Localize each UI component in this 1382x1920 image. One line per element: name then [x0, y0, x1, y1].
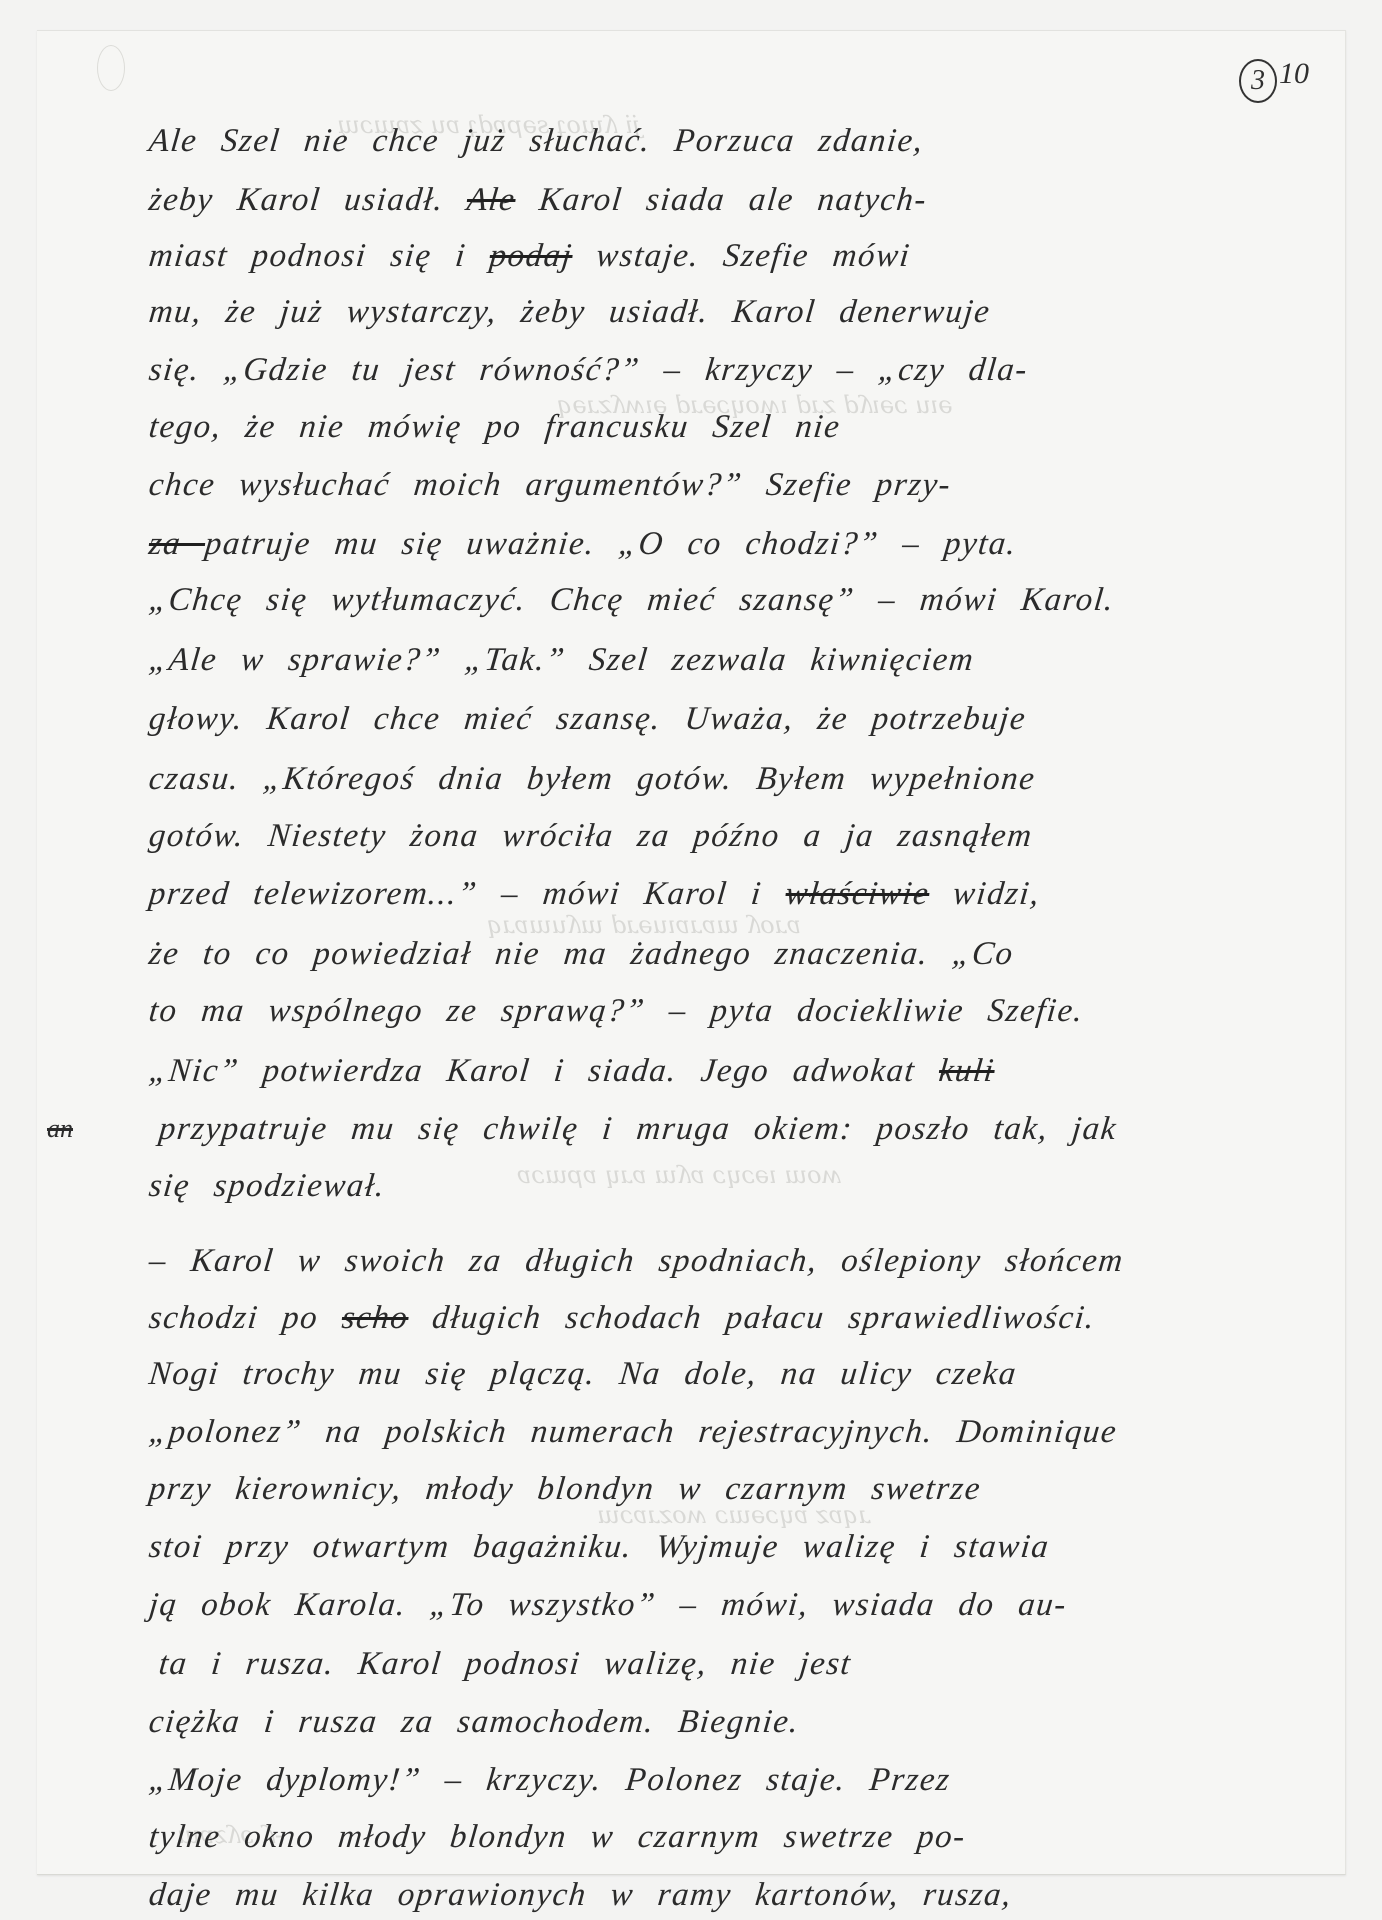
line-text: tylne okno młody blondyn w czarnym swetr…: [147, 1819, 968, 1855]
manuscript-line: „Ale w sprawie?” „Tak.” Szel zezwala kiw…: [147, 642, 1301, 679]
faint-margin-circle: [97, 45, 125, 91]
manuscript-line: stoi przy otwartym bagażniku. Wyjmuje wa…: [147, 1529, 1301, 1566]
line-text: głowy. Karol chce mieć szansę. Uważa, że…: [147, 701, 1028, 737]
line-text: żeby Karol usiadł.: [147, 182, 469, 218]
manuscript-line: żeby Karol usiadł. Ale Karol siada ale n…: [147, 182, 1301, 219]
line-text: Nogi trochy mu się plączą. Na dole, na u…: [147, 1356, 1019, 1392]
manuscript-line: miast podnosi się i podaj wstaje. Szefie…: [147, 238, 1301, 275]
manuscript-line: Nogi trochy mu się plączą. Na dole, na u…: [147, 1356, 1301, 1393]
manuscript-line: to ma wspólnego ze sprawą?” – pyta docie…: [147, 993, 1301, 1030]
manuscript-line: się. „Gdzie tu jest równość?” – krzyczy …: [147, 352, 1301, 389]
line-text: to ma wspólnego ze sprawą?” – pyta docie…: [147, 993, 1085, 1029]
manuscript-line: „Nic” potwierdza Karol i siada. Jego adw…: [147, 1053, 1301, 1090]
manuscript-page: ji ʎɯoʇ sǝpɐdʇ ɐu zɐɯɔɯ̨ ǝıu ɔǝıʎd zɹd ı…: [37, 30, 1346, 1875]
line-text: mu, że już wystarczy, żeby usiadł. Karol…: [147, 294, 992, 330]
bleed-through-text: ɐɹoʎ ɯɐɹɐıuǝɹd ɯʎuɯɐɹq: [487, 911, 801, 939]
line-text: widzi,: [927, 876, 1041, 912]
line-text: „Chcę się wytłumaczyć. Chcę mieć szansę”…: [147, 582, 1116, 618]
line-text: „polonez” na polskich numerach rejestrac…: [147, 1414, 1119, 1450]
manuscript-line: się spodziewał.: [147, 1168, 1301, 1205]
line-text: „Ale w sprawie?” „Tak.” Szel zezwala kiw…: [147, 642, 976, 678]
line-text: patruje mu się uważnie. „O co chodzi?” –…: [203, 526, 1018, 562]
manuscript-line: „Moje dyplomy!” – krzyczy. Polonez staje…: [147, 1762, 1301, 1799]
line-text: schodzi po: [147, 1300, 344, 1336]
manuscript-line: przed telewizorem...” – mówi Karol i wła…: [147, 876, 1301, 913]
line-text: Karol siada ale natych-: [514, 182, 929, 218]
manuscript-line: mu, że już wystarczy, żeby usiadł. Karol…: [147, 294, 1301, 331]
manuscript-line: tego, że nie mówię po francusku Szel nie: [147, 409, 1301, 446]
page-number: 10: [1279, 57, 1309, 91]
manuscript-line: – Karol w swoich za długich spodniach, o…: [147, 1243, 1301, 1280]
manuscript-line: tylne okno młody blondyn w czarnym swetr…: [147, 1819, 1301, 1856]
line-text: – Karol w swoich za długich spodniach, o…: [147, 1243, 1126, 1279]
struck-margin-note: an: [47, 1114, 73, 1144]
manuscript-line: przypatruje mu się chwilę i mruga okiem:…: [157, 1111, 1311, 1148]
manuscript-line: że to co powiedział nie ma żadnego znacz…: [147, 936, 1301, 973]
line-text: przy kierownicy, młody blondyn w czarnym…: [147, 1471, 983, 1507]
manuscript-line: ją obok Karola. „To wszystko” – mówi, ws…: [147, 1587, 1301, 1624]
line-text: ją obok Karola. „To wszystko” – mówi, ws…: [147, 1587, 1069, 1623]
manuscript-line: chce wysłuchać moich argumentów?” Szefie…: [147, 467, 1301, 504]
page-number-marker: 3 10: [1239, 59, 1309, 103]
manuscript-line: gotów. Niestety żona wróciła za późno a …: [147, 818, 1301, 855]
manuscript-line: za patruje mu się uważnie. „O co chodzi?…: [147, 526, 1301, 563]
line-text: gotów. Niestety żona wróciła za późno a …: [147, 818, 1034, 854]
manuscript-line: „Chcę się wytłumaczyć. Chcę mieć szansę”…: [147, 582, 1301, 619]
manuscript-line: schodzi po scho długich schodach pałacu …: [147, 1300, 1301, 1337]
struck-word: scho: [340, 1300, 410, 1336]
manuscript-line: daje mu kilka oprawionych w ramy kartonó…: [147, 1877, 1301, 1914]
manuscript-line: ta i rusza. Karol podnosi walizę, nie je…: [157, 1646, 1311, 1683]
line-text: daje mu kilka oprawionych w ramy kartonó…: [147, 1877, 1014, 1913]
line-text: chce wysłuchać moich argumentów?” Szefie…: [147, 467, 953, 503]
line-text: „Moje dyplomy!” – krzyczy. Polonez staje…: [147, 1762, 952, 1798]
manuscript-line: „polonez” na polskich numerach rejestrac…: [147, 1414, 1301, 1451]
line-text: wstaje. Szefie mówi: [571, 238, 913, 274]
struck-word: kuli: [937, 1053, 996, 1089]
manuscript-line: głowy. Karol chce mieć szansę. Uważa, że…: [147, 701, 1301, 738]
line-text: długich schodach pałacu sprawiedliwości.: [407, 1300, 1097, 1336]
line-text: miast podnosi się i: [147, 238, 492, 274]
struck-word: Ale: [465, 182, 517, 218]
manuscript-line: ciężka i rusza za samochodem. Biegnie.: [147, 1704, 1301, 1741]
struck-word: podaj: [488, 238, 574, 274]
line-text: się. „Gdzie tu jest równość?” – krzyczy …: [147, 352, 1030, 388]
manuscript-line: Ale Szel nie chce już słuchać. Porzuca z…: [147, 123, 1301, 160]
manuscript-line: czasu. „Któregoś dnia byłem gotów. Byłem…: [147, 761, 1301, 798]
line-text: przypatruje mu się chwilę i mruga okiem:…: [157, 1111, 1119, 1147]
line-text: przed telewizorem...” – mówi Karol i: [147, 876, 787, 912]
line-text: „Nic” potwierdza Karol i siada. Jego adw…: [147, 1053, 941, 1089]
line-text: Ale Szel nie chce już słuchać. Porzuca z…: [147, 123, 925, 159]
line-text: ciężka i rusza za samochodem. Biegnie.: [147, 1704, 801, 1740]
line-text: się spodziewał.: [147, 1168, 387, 1204]
line-text: czasu. „Któregoś dnia byłem gotów. Byłem…: [147, 761, 1037, 797]
struck-word: za: [147, 526, 207, 562]
line-text: tego, że nie mówię po francusku Szel nie: [147, 409, 842, 445]
line-text: że to co powiedział nie ma żadnego znacz…: [147, 936, 1016, 972]
line-text: stoi przy otwartym bagażniku. Wyjmuje wa…: [147, 1529, 1051, 1565]
manuscript-line: przy kierownicy, młody blondyn w czarnym…: [147, 1471, 1301, 1508]
circled-section-number: 3: [1239, 59, 1277, 103]
struck-word: właściwie: [784, 876, 931, 912]
line-text: ta i rusza. Karol podnosi walizę, nie je…: [157, 1646, 853, 1682]
